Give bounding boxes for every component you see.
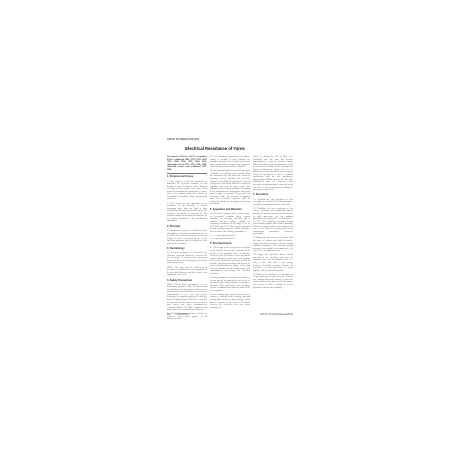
paragraph: 5.1 Electrical resistance meter, with a … [210,213,250,233]
list-item: 5.1.2 Specimen holder rack. [210,238,250,241]
column-2: 4.2 An instrument grounding wire (three-… [210,156,250,323]
paragraph: before or during the test. If there is a… [253,156,293,192]
paragraph: 6.1 The length of the test specimen depe… [210,247,250,275]
document-page: AATCC Test Method 84-2011 Electrical Res… [0,0,458,458]
paragraph: 7.4 Apply the specified direct current p… [253,254,293,272]
paragraph: 7.5 Measure the resistance of a minimum … [253,274,293,289]
paragraph: NOTE: These safety precautions are for i… [167,284,207,312]
page-footer: 110TM 84-2011 AATCC Technical Manual/201… [167,314,293,317]
section-heading: 7. Procedure [253,194,293,197]
paragraph: NOTE: The ratio may be influenced by pre… [167,267,207,277]
paragraph: 6.2 The preliminary evaluation of a sing… [210,277,250,292]
paragraph: 7.1 Condition the yarn specimens at leas… [253,199,293,207]
paragraph: 2.1 Specimens of yarn are conditioned in… [167,230,207,245]
doc-ref: TM 84-2011 [176,313,189,316]
section-heading: 4. Safety Precautions [167,280,207,283]
page-number: 110 [167,313,171,316]
column-1: Developed in 1963 by AATCC Committee RA3… [167,156,207,323]
paragraph: 3.1 electrical resistance, n.—of textile… [167,252,207,265]
text-columns: Developed in 1963 by AATCC Committee RA3… [167,156,293,323]
footer-left: 110TM 84-2011 [167,314,194,317]
paragraph: 1.1 The purpose of this test method is t… [167,181,207,201]
section-heading: 6. Test Specimens [210,243,250,246]
history-note: Developed in 1963 by AATCC Committee RA3… [167,156,207,174]
manual-name: AATCC Technical Manual/2012 [260,314,293,317]
paragraph: 4.2 An instrument grounding wire (three-… [210,156,250,169]
page-title: Electrical Resistance of Yarns [167,146,263,151]
section-heading: 5. Apparatus and Materials [210,209,250,212]
column-3: before or during the test. If there is a… [253,156,293,323]
paragraph: 4.3 The potential applied across the spe… [210,170,250,206]
paragraph: 7.3 Mount the specimen on the holder wit… [253,237,293,252]
section-heading: 1. Purpose and Scope [167,176,207,179]
paragraph: 1.2 The results are not applicable to th… [167,203,207,223]
method-number-header: AATCC Test Method 84-2011 [167,139,199,142]
section-heading: 2. Principle [167,226,207,229]
section-heading: 3. Terminology [167,248,207,251]
paragraph: 7.2 Establish the test conditions at the… [253,208,293,236]
paragraph: 6.3 For conditioning, mount the specimen… [210,294,250,309]
